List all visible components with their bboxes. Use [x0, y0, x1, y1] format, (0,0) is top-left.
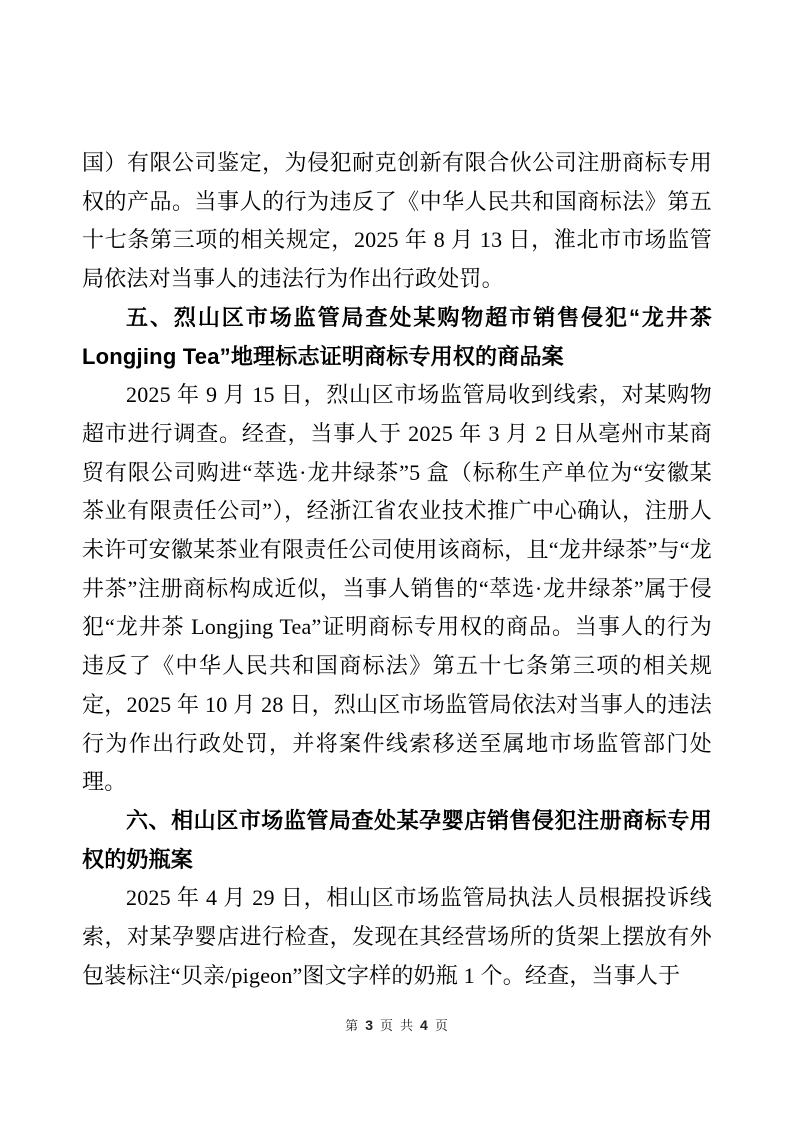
footer-label-ye-1: 页	[380, 1015, 393, 1034]
footer-page-number: 3	[365, 1017, 373, 1033]
heading-case5: 五、烈山区市场监管局查处某购物超市销售侵犯“龙井茶 Longjing Tea”地…	[82, 299, 712, 376]
footer-label-gong: 共	[400, 1015, 413, 1034]
document-body: 国）有限公司鉴定，为侵犯耐克创新有限合伙公司注册商标专用权的产品。当事人的行为违…	[82, 144, 712, 995]
paragraph-case5-body: 2025 年 9 月 15 日，烈山区市场监管局收到线索，对某购物超市进行调查。…	[82, 376, 712, 802]
document-page: 国）有限公司鉴定，为侵犯耐克创新有限合伙公司注册商标专用权的产品。当事人的行为违…	[0, 0, 793, 1122]
footer-label-di: 第	[345, 1015, 358, 1034]
paragraph-case6-body: 2025 年 4 月 29 日，相山区市场监管局执法人员根据投诉线索，对某孕婴店…	[82, 879, 712, 995]
heading-case6: 六、相山区市场监管局查处某孕婴店销售侵犯注册商标专用权的奶瓶案	[82, 802, 712, 879]
page-footer: 第 3 页 共 4 页	[0, 1015, 793, 1034]
paragraph-case4-continuation: 国）有限公司鉴定，为侵犯耐克创新有限合伙公司注册商标专用权的产品。当事人的行为违…	[82, 144, 712, 299]
footer-label-ye-2: 页	[435, 1015, 448, 1034]
footer-total-pages: 4	[420, 1017, 428, 1033]
